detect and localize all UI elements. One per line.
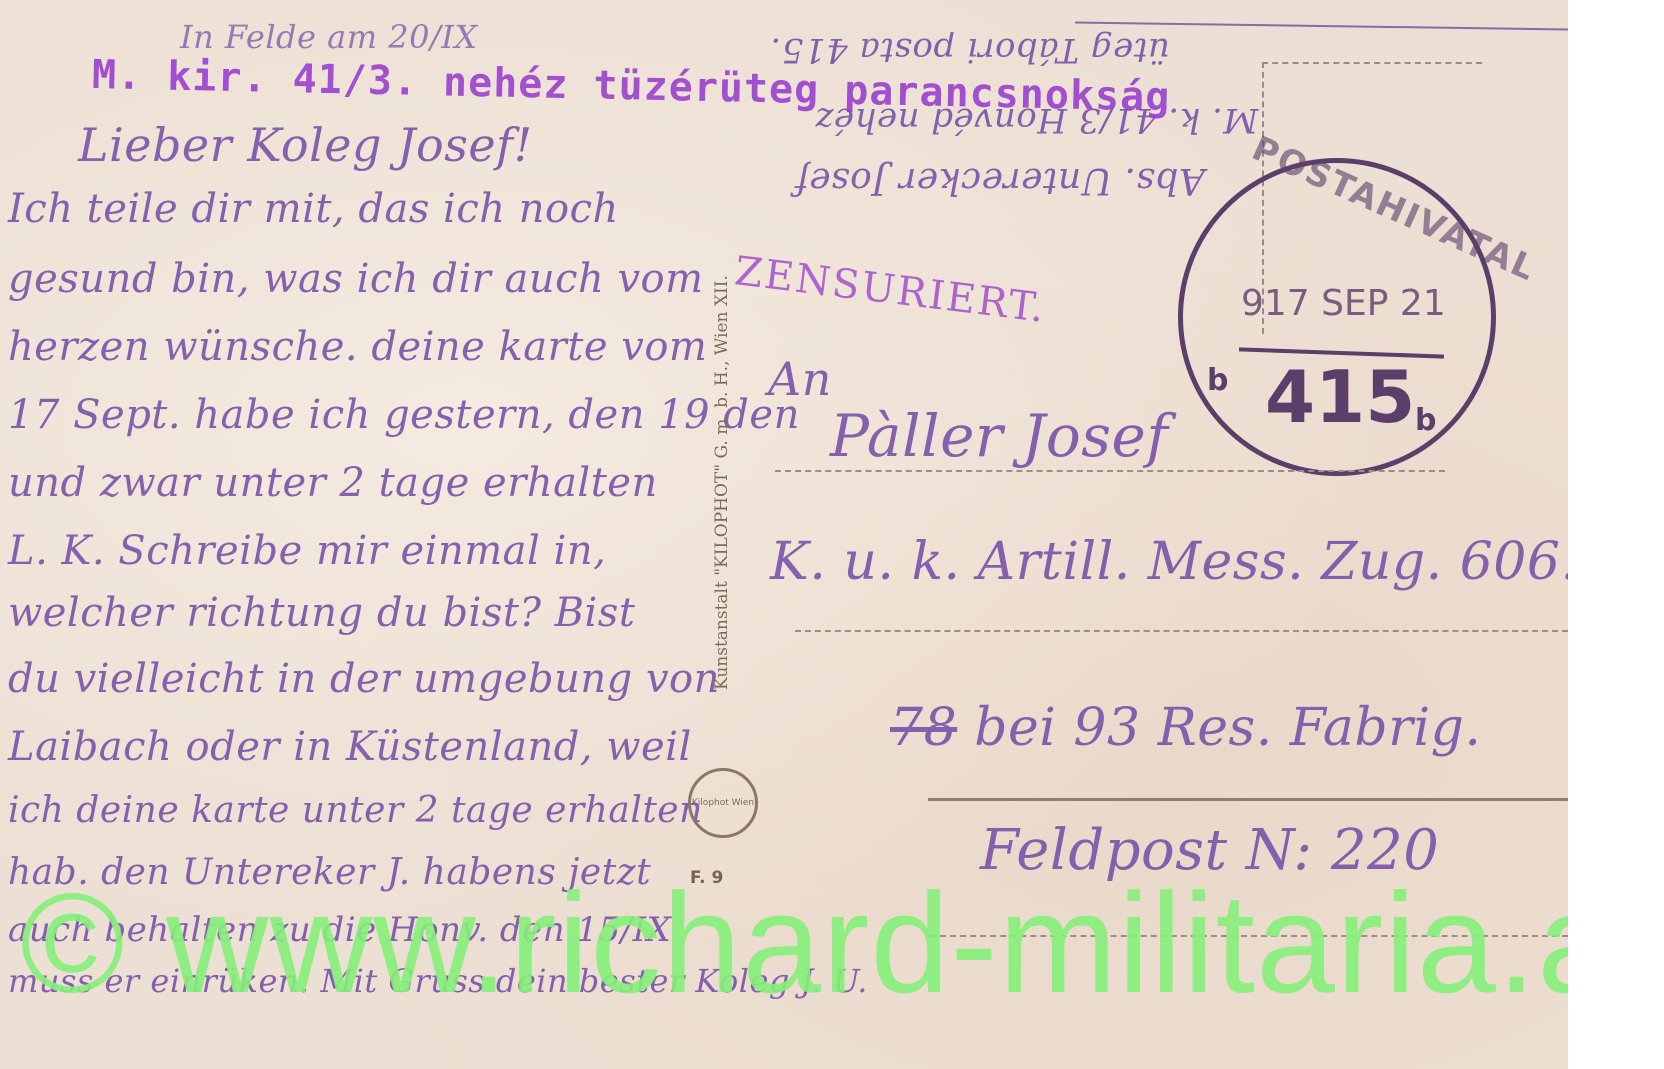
- address-line-1: [775, 470, 1445, 472]
- censor-stamp: ZENSURIERT.: [732, 248, 1048, 332]
- postmark-letter-left: b: [1207, 363, 1228, 398]
- message-line: Laibach oder in Küstenland, weil: [8, 724, 692, 770]
- address-prefix: An: [768, 352, 832, 406]
- top-date-note: In Felde am 20/IX: [180, 18, 478, 56]
- postmark: POSTAHIVATAL 917 SEP 21 b 415 b: [1178, 158, 1496, 476]
- copyright-watermark: © www.richard-militaria.at: [20, 862, 1568, 1026]
- message-line: welcher richtung du bist? Bist: [8, 590, 635, 636]
- message-line: gesund bin, was ich dir auch vom: [8, 256, 704, 302]
- detail-text: bei 93 Res. Fabrig.: [974, 698, 1481, 758]
- message-line: L. K. Schreibe mir einmal in,: [8, 528, 606, 574]
- background-margin: [1568, 0, 1664, 1069]
- postmark-letter-right: b: [1415, 403, 1436, 438]
- sender-note-line-1: Abs. Unterecker Josef: [795, 160, 1205, 201]
- recipient-unit: K. u. k. Artill. Mess. Zug. 606.: [770, 532, 1568, 592]
- publisher-imprint: Kunstanstalt "KILOPHOT" G. m. b. H., Wie…: [712, 275, 732, 690]
- postmark-year-prefix: 9: [1241, 283, 1264, 324]
- salutation: Lieber Koleg Josef!: [78, 118, 533, 172]
- address-line-2: [795, 630, 1568, 632]
- message-line: Ich teile dir mit, das ich noch: [8, 186, 619, 232]
- message-line: 17 Sept. habe ich gestern, den 19 den: [8, 392, 800, 438]
- postmark-number: 415: [1265, 355, 1415, 439]
- crossed-out-number: 78: [890, 698, 957, 758]
- kilophot-logo: Kilophot Wien: [688, 768, 758, 838]
- message-line: und zwar unter 2 tage erhalten: [8, 460, 658, 506]
- message-line: herzen wünsche. deine karte vom: [8, 324, 707, 370]
- postmark-date-text: 17 SEP 21: [1264, 283, 1446, 324]
- sender-note-line-3: üteg Tábori posta 415.: [770, 30, 1170, 70]
- message-line: du vielleicht in der umgebung von: [8, 656, 720, 702]
- postcard: Abs. Unterecker Josef M. k. 41/3 Honvéd …: [0, 0, 1568, 1069]
- recipient-detail: 78 bei 93 Res. Fabrig.: [890, 698, 1481, 758]
- address-line-3: [928, 798, 1568, 801]
- message-line: ich deine karte unter 2 tage erhalten: [8, 790, 703, 831]
- logo-text: Kilophot Wien: [692, 798, 754, 808]
- postmark-date: 917 SEP 21: [1241, 283, 1446, 324]
- recipient-name: Pàller Josef: [830, 402, 1168, 470]
